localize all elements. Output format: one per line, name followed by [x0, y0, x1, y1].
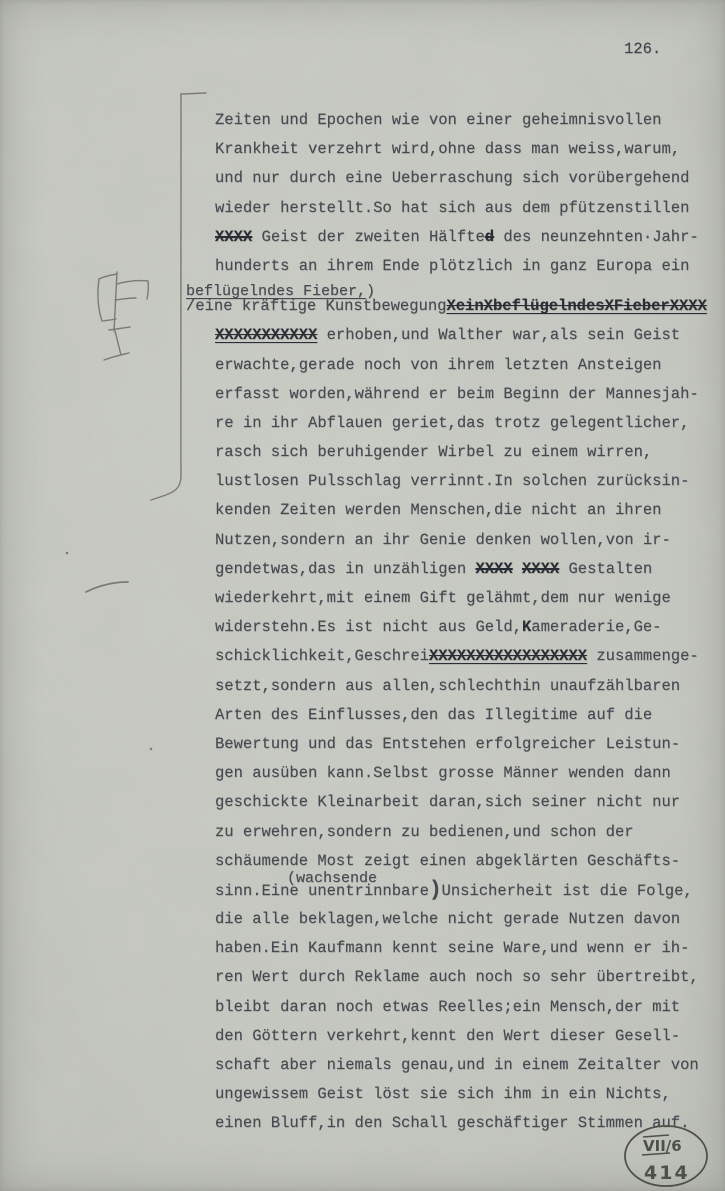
- typescript-line: erwachte,gerade noch von ihrem letzten A…: [215, 351, 720, 380]
- text-segment: des neunzehnten·Jahr-: [494, 228, 699, 246]
- text-segment: kenden Zeiten werden Menschen,die nicht …: [215, 501, 661, 519]
- text-segment: hunderts an ihrem Ende plötzlich in ganz…: [215, 257, 689, 275]
- corrected-text-segment: XXXX: [475, 560, 512, 578]
- typescript-line: ren Wert durch Reklame auch noch so sehr…: [215, 963, 720, 992]
- typescript-body: Zeiten und Epochen wie von einer geheimn…: [215, 106, 720, 1139]
- corrected-text-segment: XXXXXXXXXXX: [215, 326, 317, 344]
- text-segment: wiederkehrt,mit einem Gift gelähmt,dem n…: [215, 589, 671, 607]
- typescript-line: kenden Zeiten werden Menschen,die nicht …: [215, 496, 720, 525]
- typescript-line: Bewertung und das Entstehen erfolgreiche…: [215, 730, 720, 759]
- typescript-line: schicklichkeit,GeschreiXXXXXXXXXXXXXXXXX…: [215, 642, 720, 671]
- typescript-line: XXXXXXXXXXX erhoben,und Walther war,als …: [215, 321, 720, 350]
- stamp-underline: [642, 1153, 670, 1155]
- typescript-line: wiederkehrt,mit einem Gift gelähmt,dem n…: [215, 584, 720, 613]
- text-segment: Arten des Einflusses,den das Illegitime …: [215, 706, 652, 724]
- text-segment: setzt,sondern aus allen,schlechthin unau…: [215, 677, 680, 695]
- corrected-text-segment: XXXX: [215, 228, 252, 246]
- typescript-line: setzt,sondern aus allen,schlechthin unau…: [215, 672, 720, 701]
- typescript-line: rasch sich beruhigender Wirbel zu einem …: [215, 438, 720, 467]
- corrected-text-segment: beflügelndes Fieber,: [186, 283, 366, 300]
- text-segment: einen Bluff,in den Schall geschäftiger S…: [215, 1114, 689, 1132]
- typescript-line: gen ausüben kann.Selbst grosse Männer we…: [215, 759, 720, 788]
- text-segment: [513, 560, 522, 578]
- typescript-line: Krankheit verzehrt wird,ohne dass man we…: [215, 135, 720, 164]
- text-segment: (wachsende: [215, 870, 377, 887]
- text-segment: gen ausüben kann.Selbst grosse Männer we…: [215, 764, 671, 782]
- margin-dash: [86, 582, 128, 592]
- typescript-line: Zeiten und Epochen wie von einer geheimn…: [215, 106, 720, 135]
- text-segment: Geist der zweiten Hälfte: [252, 228, 485, 246]
- typescript-line: XXXX Geist der zweiten Hälfted des neunz…: [215, 223, 720, 252]
- typescript-line: haben.Ein Kaufmann kennt seine Ware,und …: [215, 934, 720, 963]
- text-segment: zu erwehren,sondern zu bedienen,und scho…: [215, 823, 634, 841]
- typescript-line: schaft aber niemals genau,und in einem Z…: [215, 1051, 720, 1080]
- typescript-line: erfasst worden,während er beim Beginn de…: [215, 380, 720, 409]
- typescript-line: bleibt daran noch etwas Reelles;ein Mens…: [215, 993, 720, 1022]
- text-segment: schicklichkeit,Geschrei: [215, 647, 429, 665]
- margin-dot: [66, 552, 69, 555]
- typescript-line: wieder herstellt.So hat sich aus dem pfü…: [215, 194, 720, 223]
- page-number: 126.: [624, 40, 661, 58]
- stamp-signature: VII/6: [643, 1137, 682, 1155]
- typescript-line: lustlosen Pulsschlag verrinnt.In solchen…: [215, 467, 720, 496]
- text-segment: schaft aber niemals genau,und in einem Z…: [215, 1056, 699, 1074]
- text-segment: ameraderie,Ge-: [531, 618, 661, 636]
- typescript-line: und nur durch eine Ueberraschung sich vo…: [215, 164, 720, 193]
- text-segment: zusammenge-: [587, 647, 699, 665]
- corrected-text-segment: XXXXXXXXXXXXXXXXX: [429, 647, 587, 665]
- text-segment: und nur durch eine Ueberraschung sich vo…: [215, 169, 689, 187]
- typescript-line: Nutzen,sondern an ihr Genie denken wolle…: [215, 526, 720, 555]
- corrected-text-segment: XXXX: [522, 560, 559, 578]
- typescript-line: den Göttern verkehrt,kennt den Wert dies…: [215, 1022, 720, 1051]
- typescript-line: geschickte Kleinarbeit daran,sich seiner…: [215, 788, 720, 817]
- manuscript-page: 126. Zeiten und Epochen wie von einer ge…: [0, 0, 725, 1191]
- text-segment: geschickte Kleinarbeit daran,sich seiner…: [215, 793, 680, 811]
- margin-paragraph-mark: [98, 272, 148, 360]
- text-segment: den Göttern verkehrt,kennt den Wert dies…: [215, 1027, 680, 1045]
- text-segment: erfasst worden,während er beim Beginn de…: [215, 385, 699, 403]
- text-segment: ): [366, 283, 375, 300]
- text-segment: erhoben,und Walther war,als sein Geist: [317, 326, 680, 344]
- text-segment: gendetwas,das in unzähligen: [215, 560, 475, 578]
- text-segment: re in ihr Abflauen geriet,das trotz gele…: [215, 414, 689, 432]
- text-segment: erwachte,gerade noch von ihrem letzten A…: [215, 356, 661, 374]
- text-segment: Zeiten und Epochen wie von einer geheimn…: [215, 111, 661, 129]
- typescript-line: Arten des Einflusses,den das Illegitime …: [215, 701, 720, 730]
- text-segment: lustlosen Pulsschlag verrinnt.In solchen…: [215, 472, 689, 490]
- text-segment: rasch sich beruhigender Wirbel zu einem …: [215, 443, 652, 461]
- text-segment: haben.Ein Kaufmann kennt seine Ware,und …: [215, 939, 689, 957]
- typescript-line: widerstehn.Es ist nicht aus Geld,Kamerad…: [215, 613, 720, 642]
- margin-dot: [150, 748, 153, 751]
- typescript-line: gendetwas,das in unzähligen XXXX XXXX Ge…: [215, 555, 720, 584]
- text-segment: Gestalten: [559, 560, 652, 578]
- text-segment: ungewissem Geist löst sie sich ihm in ei…: [215, 1085, 671, 1103]
- corrected-text-segment: d: [485, 228, 494, 246]
- text-segment: ren Wert durch Reklame auch noch so sehr…: [215, 968, 699, 986]
- text-segment: wieder herstellt.So hat sich aus dem pfü…: [215, 199, 689, 217]
- text-segment: Nutzen,sondern an ihr Genie denken wolle…: [215, 531, 671, 549]
- typescript-line: die alle beklagen,welche nicht gerade Nu…: [215, 905, 720, 934]
- text-segment: bleibt daran noch etwas Reelles;ein Mens…: [215, 998, 680, 1016]
- typescript-line: zu erwehren,sondern zu bedienen,und scho…: [215, 818, 720, 847]
- typescript-line: ungewissem Geist löst sie sich ihm in ei…: [215, 1080, 720, 1109]
- typescript-line: einen Bluff,in den Schall geschäftiger S…: [215, 1109, 720, 1138]
- corrected-text-segment: K: [522, 618, 531, 636]
- stamp-number: 414: [644, 1162, 690, 1184]
- typescript-line: re in ihr Abflauen geriet,das trotz gele…: [215, 409, 720, 438]
- text-segment: Bewertung und das Entstehen erfolgreiche…: [215, 735, 680, 753]
- text-segment: widerstehn.Es ist nicht aus Geld,: [215, 618, 522, 636]
- text-segment: die alle beklagen,welche nicht gerade Nu…: [215, 910, 680, 928]
- text-segment: Krankheit verzehrt wird,ohne dass man we…: [215, 140, 680, 158]
